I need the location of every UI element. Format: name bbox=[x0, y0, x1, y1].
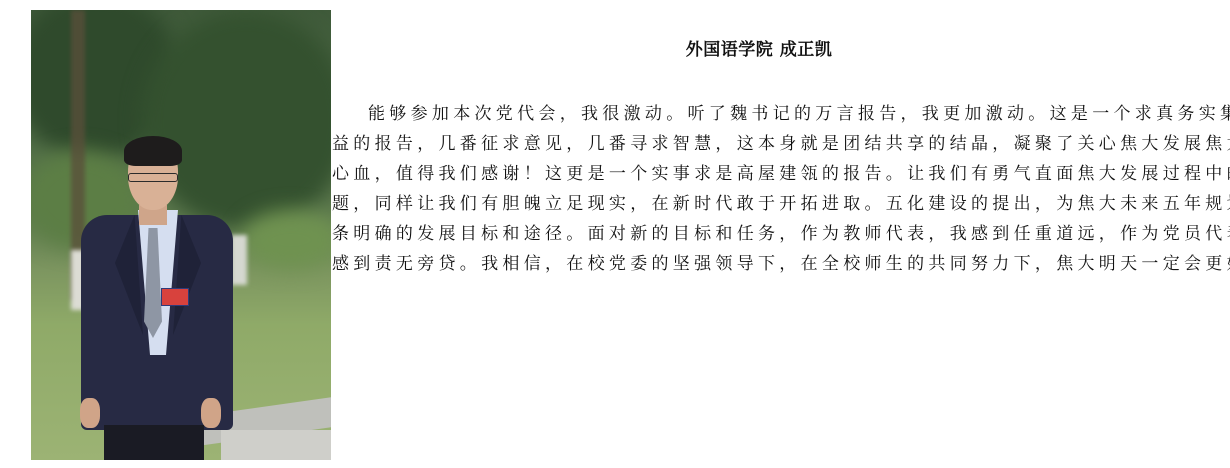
hair bbox=[124, 136, 182, 166]
paragraph-line: 益的报告，几番征求意见，几番寻求智慧，这本身就是团结共享的结晶，凝聚了关心焦大发… bbox=[332, 129, 1202, 159]
trousers bbox=[104, 425, 204, 460]
person bbox=[31, 10, 331, 460]
portrait-photo bbox=[31, 10, 331, 460]
paragraph-line: 感到责无旁贷。我相信，在校党委的坚强领导下，在全校师生的共同努力下，焦大明天一定… bbox=[332, 249, 1202, 279]
glasses bbox=[128, 173, 178, 182]
paragraph-line: 条明确的发展目标和途径。面对新的目标和任务，作为教师代表，我感到任重道远，作为党… bbox=[332, 219, 1202, 249]
article-body: 能够参加本次党代会，我很激动。听了魏书记的万言报告，我更加激动。这是一个求真务实… bbox=[332, 99, 1202, 279]
hand-right bbox=[201, 398, 221, 428]
article-title: 外国语学院 成正凯 bbox=[332, 38, 1186, 62]
hand-left bbox=[80, 398, 100, 428]
paragraph-line: 心血，值得我们感谢！这更是一个实事求是高屋建瓴的报告。让我们有勇气直面焦大发展过… bbox=[332, 159, 1202, 189]
paragraph-line: 题，同样让我们有胆魄立足现实，在新时代敢于开拓进取。五化建设的提出，为焦大未来五… bbox=[332, 189, 1202, 219]
paragraph-line: 能够参加本次党代会，我很激动。听了魏书记的万言报告，我更加激动。这是一个求真务实… bbox=[332, 99, 1202, 129]
delegate-badge bbox=[161, 288, 189, 306]
